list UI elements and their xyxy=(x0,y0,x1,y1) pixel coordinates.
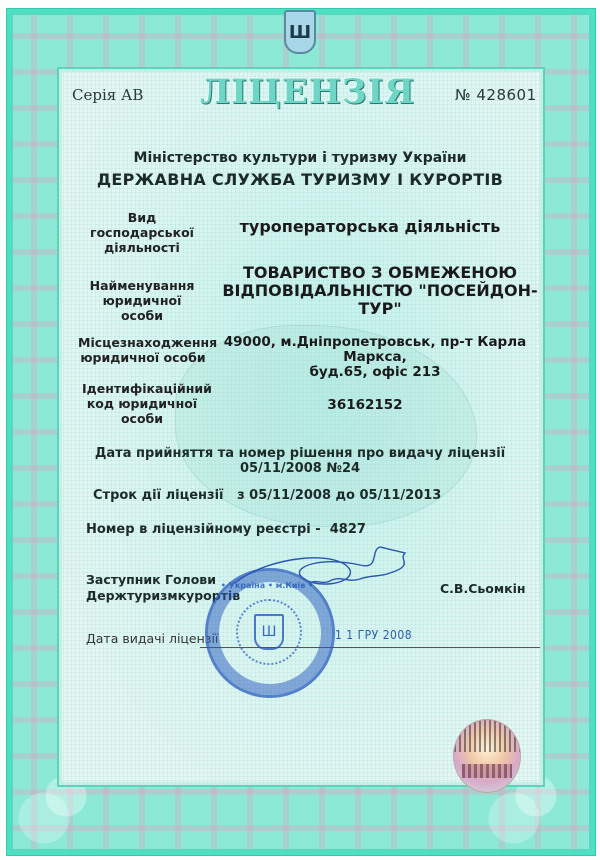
ministry-name: Міністерство культури і туризму України xyxy=(0,150,600,166)
decision-label: Дата прийняття та номер рішення про вида… xyxy=(0,446,600,461)
id-code-label: Ідентифікаційний код юридичної особи xyxy=(82,381,202,426)
decision-value: 05/11/2008 №24 xyxy=(0,461,600,476)
signatory-name: С.В.Сьомкін xyxy=(440,581,526,596)
location-label: Місцезнаходження юридичної особи xyxy=(78,335,208,365)
id-code-value: 36162152 xyxy=(300,396,430,414)
series-label: Серія АВ xyxy=(72,86,143,104)
trident-icon: Ш xyxy=(284,10,316,54)
seal-trident-icon: Ш xyxy=(254,614,284,650)
document-title: ЛІЦЕНЗІЯ xyxy=(200,72,400,112)
registry-value: 4827 xyxy=(330,522,366,537)
hologram-band xyxy=(462,764,512,778)
term-label: Строк дії ліцензії xyxy=(93,488,223,503)
hologram-seal-icon xyxy=(453,719,521,793)
license-number: № 428601 xyxy=(455,86,537,104)
legal-name-value: ТОВАРИСТВО З ОБМЕЖЕНОЮ ВІДПОВІДАЛЬНІСТЮ … xyxy=(215,264,545,318)
legal-name-label: Найменування юридичної особи xyxy=(82,278,202,323)
seal-inner-ring: Ш xyxy=(236,599,302,665)
decision-block: Дата прийняття та номер рішення про вида… xyxy=(0,446,600,476)
activity-label: Вид господарської діяльності xyxy=(82,210,202,255)
term-row: Строк дії ліцензії з 05/11/2008 до 05/11… xyxy=(93,488,441,503)
signature xyxy=(230,545,430,605)
term-value: з 05/11/2008 до 05/11/2013 xyxy=(237,488,441,503)
activity-value: туроператорська діяльність xyxy=(220,218,520,236)
registry-label: Номер в ліцензійному реєстрі - xyxy=(86,522,321,537)
registry-row: Номер в ліцензійному реєстрі - 4827 xyxy=(86,522,366,537)
issue-date-label: Дата видачі ліцензії xyxy=(86,631,218,646)
issue-date-stamp: 1 1 ГРУ 2008 xyxy=(335,628,412,642)
hologram-rays xyxy=(454,720,520,752)
service-name: ДЕРЖАВНА СЛУЖБА ТУРИЗМУ І КУРОРТІВ xyxy=(0,170,600,189)
location-value: 49000, м.Дніпропетровськ, пр-т Карла Мар… xyxy=(205,335,545,380)
